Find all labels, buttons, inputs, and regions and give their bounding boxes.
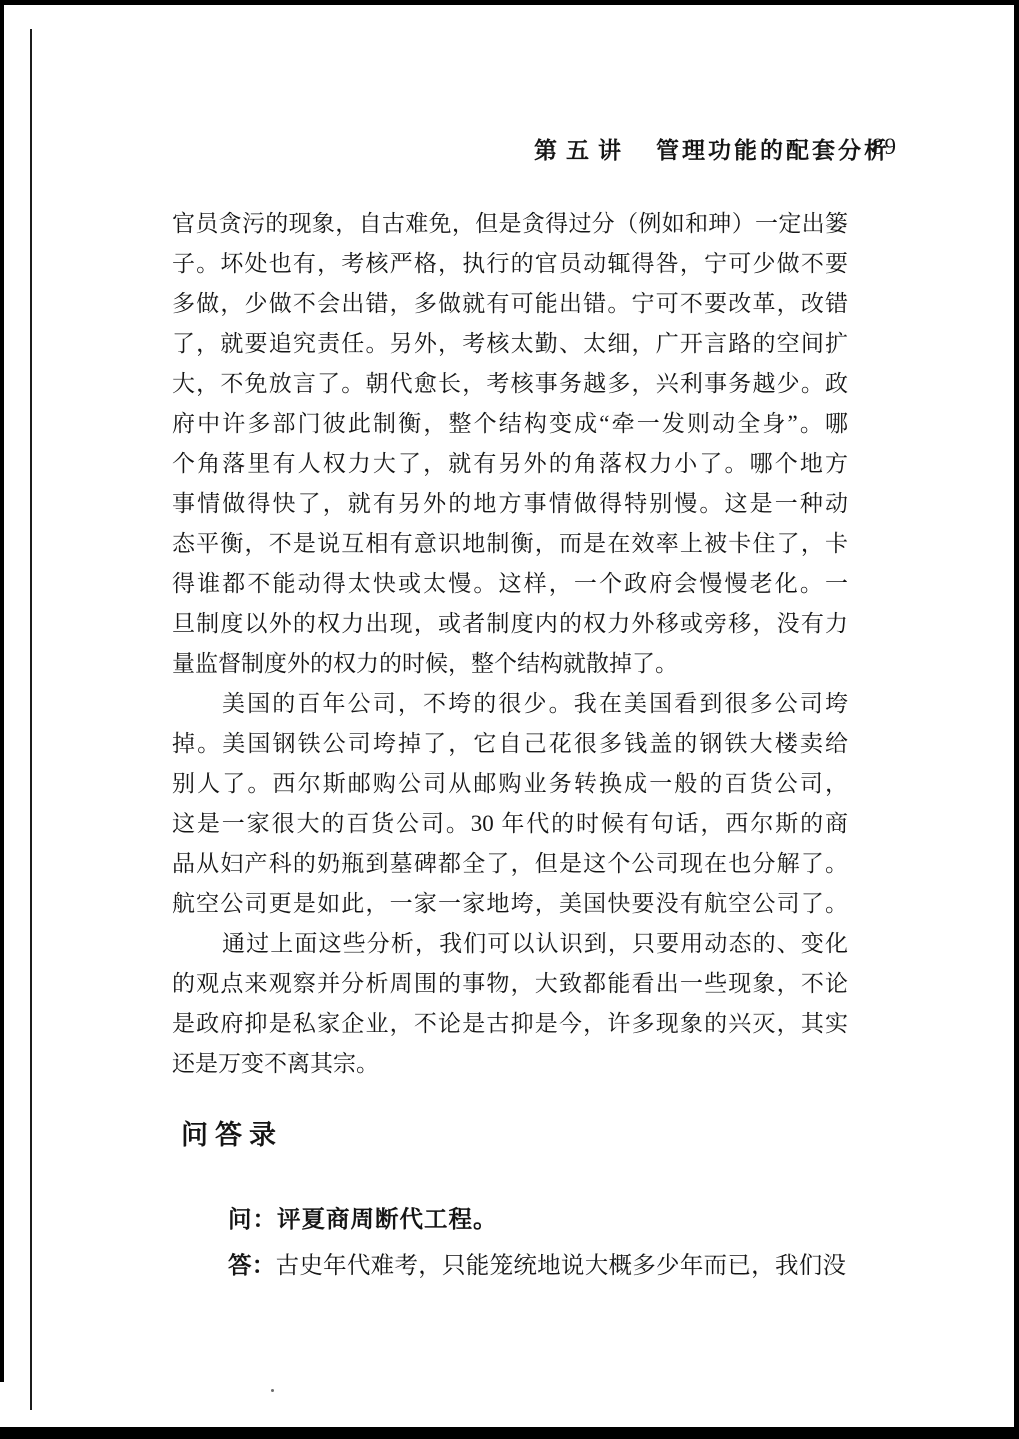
- text-line: 别人了。西尔斯邮购公司从邮购业务转换成一般的百货公司，: [172, 764, 848, 804]
- text-line: 府中许多部门彼此制衡，整个结构变成“牵一发则动全身”。哪: [172, 404, 848, 444]
- answer-label: 答：: [228, 1253, 276, 1279]
- body-text: 官员贪污的现象，自古难免，但是贪得过分（例如和珅）一定出篓 子。坏处也有，考核严…: [172, 204, 848, 1084]
- text-line: 态平衡，不是说互相有意识地制衡，而是在效率上被卡住了，卡: [172, 524, 848, 564]
- question-text: 评夏商周断代工程。: [277, 1207, 498, 1233]
- qa-answer: 答：古史年代难考，只能笼统地说大概多少年而已，我们没: [228, 1246, 846, 1286]
- text-line: 还是万变不离其宗。: [172, 1044, 848, 1084]
- text-line: 多做，少做不会出错，多做就有可能出错。宁可不要改革，改错: [172, 284, 848, 324]
- text-line: 的观点来观察并分析周围的事物，大致都能看出一些现象，不论: [172, 964, 848, 1004]
- text-line: 旦制度以外的权力出现，或者制度内的权力外移或旁移，没有力: [172, 604, 848, 644]
- text-line: 官员贪污的现象，自古难免，但是贪得过分（例如和珅）一定出篓: [172, 204, 848, 244]
- section-heading: 问答录: [181, 1117, 283, 1153]
- page-gutter-line: [30, 29, 32, 1410]
- text-line: 航空公司更是如此，一家一家地垮，美国快要没有航空公司了。: [172, 884, 848, 924]
- scan-frame-bottom: [0, 1427, 1019, 1439]
- text-line: 了，就要追究责任。另外，考核太勤、太细，广开言路的空间扩: [172, 324, 848, 364]
- text-line: 量监督制度外的权力的时候，整个结构就散掉了。: [172, 644, 848, 684]
- question-label: 问：: [228, 1207, 277, 1233]
- text-line: 这是一家很大的百货公司。30 年代的时候有句话，西尔斯的商: [172, 804, 848, 844]
- text-line: 通过上面这些分析，我们可以认识到，只要用动态的、变化: [172, 924, 848, 964]
- text-line: 是政府抑是私家企业，不论是古抑是今，许多现象的兴灭，其实: [172, 1004, 848, 1044]
- qa-question: 问：评夏商周断代工程。: [228, 1200, 846, 1240]
- header-title: 管理功能的配套分析: [656, 132, 890, 165]
- book-page: 第五讲 管理功能的配套分析 89 官员贪污的现象，自古难免，但是贪得过分（例如和…: [0, 0, 1019, 1439]
- text-line: 事情做得快了，就有另外的地方事情做得特别慢。这是一种动: [172, 484, 848, 524]
- text-line: 得谁都不能动得太快或太慢。这样，一个政府会慢慢老化。一: [172, 564, 848, 604]
- text-line: 大，不免放言了。朝代愈长，考核事务越多，兴利事务越少。政: [172, 364, 848, 404]
- header-chapter: 第五讲: [534, 132, 630, 165]
- text-line: 个角落里有人权力大了，就有另外的角落权力小了。哪个地方: [172, 444, 848, 484]
- text-line: 掉。美国钢铁公司垮掉了，它自己花很多钱盖的钢铁大楼卖给: [172, 724, 848, 764]
- scan-frame-right: [1014, 0, 1019, 1439]
- scan-frame-left: [0, 0, 4, 1382]
- text-line: 美国的百年公司，不垮的很少。我在美国看到很多公司垮: [172, 684, 848, 724]
- scan-frame-top: [0, 0, 1019, 5]
- text-line: 子。坏处也有，考核严格，执行的官员动辄得咎，宁可少做不要: [172, 244, 848, 284]
- text-line: 品从妇产科的奶瓶到墓碑都全了，但是这个公司现在也分解了。: [172, 844, 848, 884]
- answer-text: 古史年代难考，只能笼统地说大概多少年而已，我们没: [276, 1253, 846, 1279]
- ink-speck: [271, 1389, 274, 1392]
- page-number: 89: [872, 134, 897, 160]
